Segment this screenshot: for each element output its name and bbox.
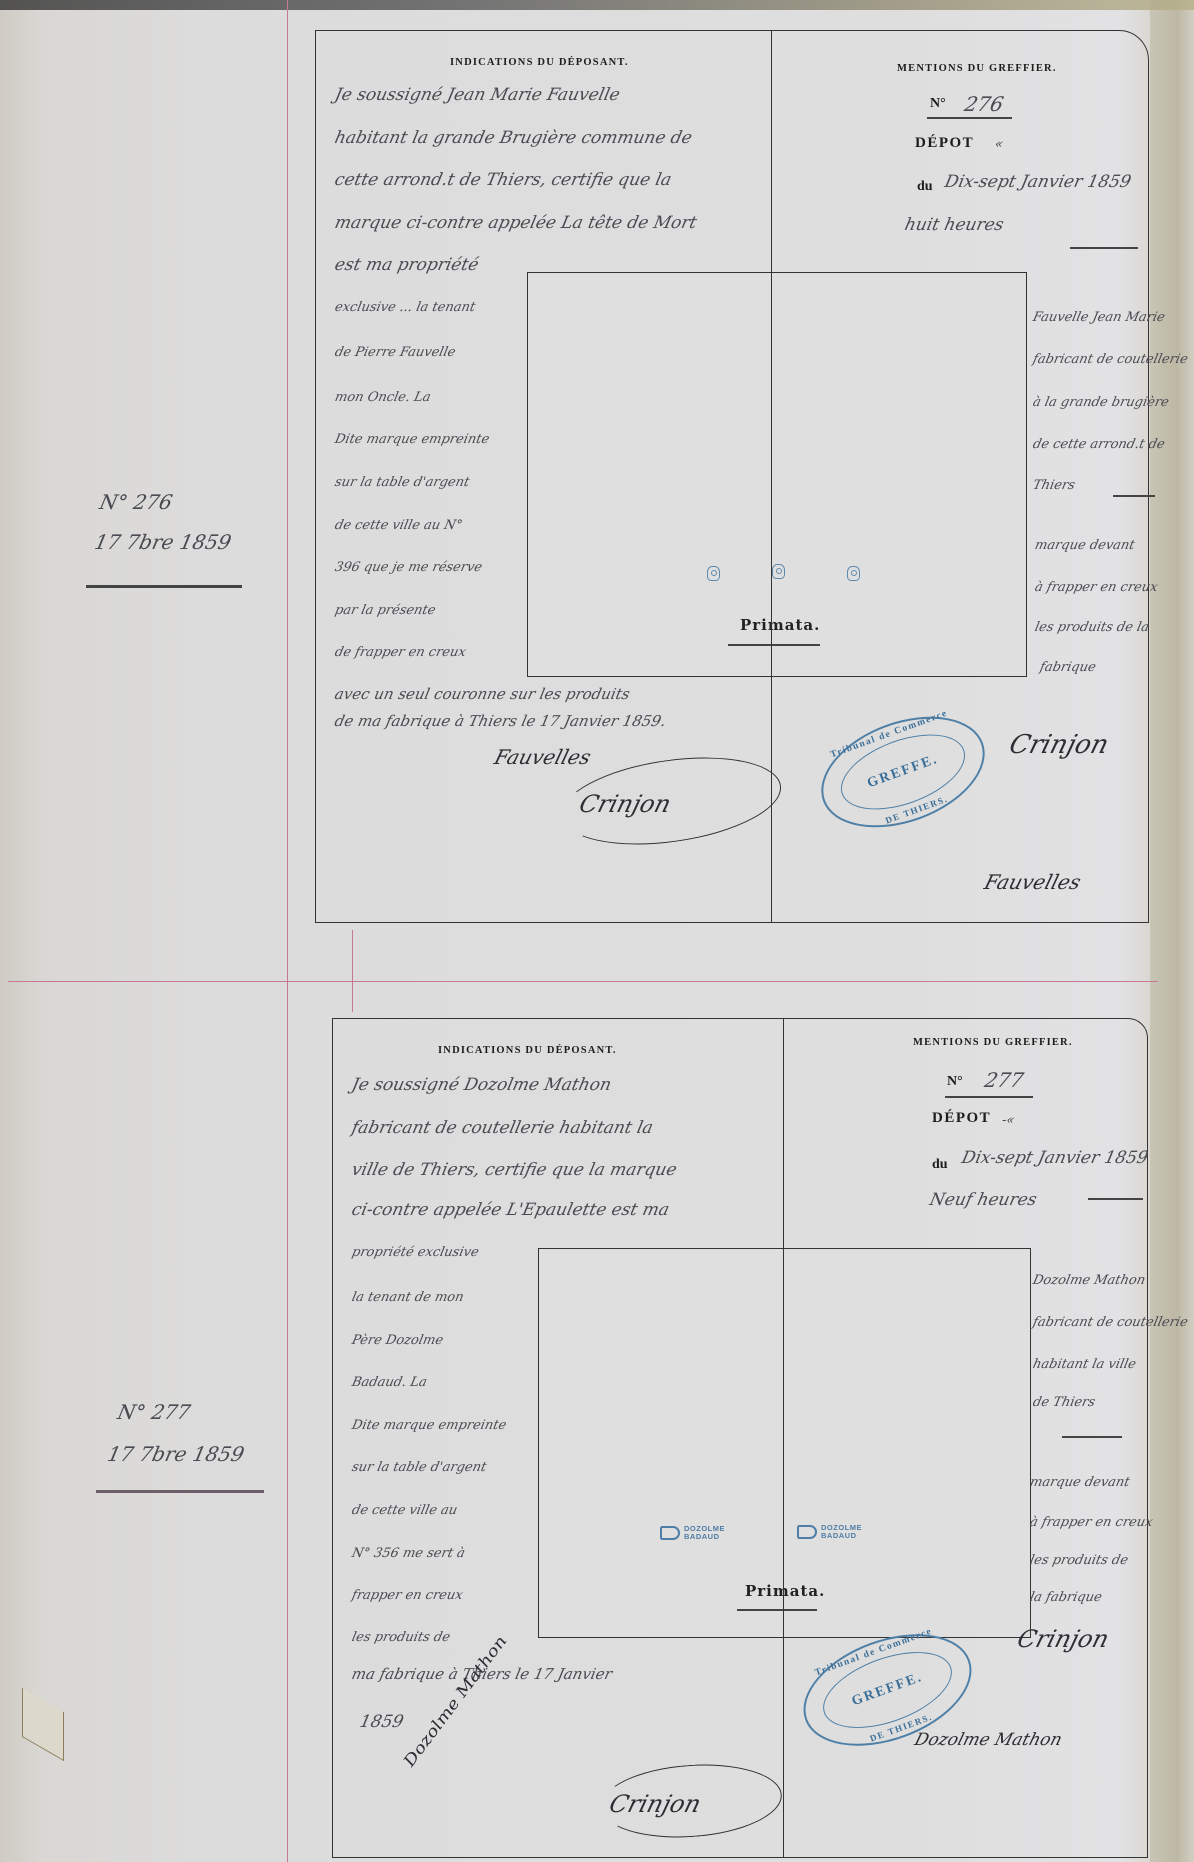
date-du-label: du	[932, 1157, 948, 1173]
deposant-header: Indications du Déposant.	[438, 1045, 617, 1056]
entry-no-underline	[927, 117, 1012, 119]
depositor-countersignature: Dozolme Mathon	[912, 1730, 1064, 1750]
deposant-header: Indications du Déposant.	[450, 57, 629, 68]
entry-no-value: 276	[962, 92, 1005, 116]
deposit-date: Dix-sept Janvier 1859	[960, 1148, 1150, 1168]
greffier-signature: Crinjon	[1014, 1625, 1112, 1653]
book-binding	[1150, 0, 1194, 1862]
entry-no-underline	[945, 1096, 1033, 1098]
top-edge	[0, 0, 1194, 10]
deposit-time: Neuf heures	[928, 1190, 1039, 1210]
depot-label: DÉPOT	[932, 1110, 991, 1127]
mark-text: DOZOLMEBADAUD	[684, 1525, 725, 1541]
skull-mark-icon	[707, 566, 720, 581]
greffier-header: Mentions du Greffier.	[913, 1037, 1073, 1048]
margin-entry-number: N° 276	[97, 490, 174, 514]
entry-no-label: N°	[947, 1074, 963, 1090]
margin-double-underline	[86, 585, 242, 588]
note-underline	[1062, 1436, 1122, 1438]
date-du-label: du	[917, 179, 933, 195]
greffier-header: Mentions du Greffier.	[897, 63, 1057, 74]
margin-rule-short	[352, 930, 353, 1012]
margin-entry-date: 17 7bre 1859	[105, 1442, 246, 1466]
deposit-date: Dix-sept Janvier 1859	[943, 172, 1133, 192]
greffier-signature: Crinjon	[1006, 730, 1112, 760]
time-underline	[1070, 247, 1138, 249]
margin-double-underline	[96, 1490, 264, 1493]
depositor-countersignature: Fauvelles	[982, 870, 1084, 894]
entry-separator-rule	[8, 981, 1158, 982]
mark-text-line2: BADAUD	[684, 1532, 720, 1541]
entry-no-value: 277	[982, 1068, 1025, 1092]
margin-entry-date: 17 7bre 1859	[92, 530, 233, 554]
time-underline	[1088, 1198, 1143, 1200]
dozolme-badaud-mark: DOZOLMEBADAUD	[660, 1525, 725, 1541]
depositor-signature: Fauvelles	[492, 745, 594, 769]
margin-entry-number: N° 277	[115, 1400, 192, 1424]
note-underline	[1113, 495, 1155, 497]
margin-rule-vertical	[287, 0, 288, 1862]
knife-mark-icon	[660, 1526, 680, 1540]
entry-no-label: N°	[930, 96, 946, 112]
depot-label: DÉPOT	[915, 135, 974, 152]
deposit-time: huit heures	[903, 215, 1006, 235]
